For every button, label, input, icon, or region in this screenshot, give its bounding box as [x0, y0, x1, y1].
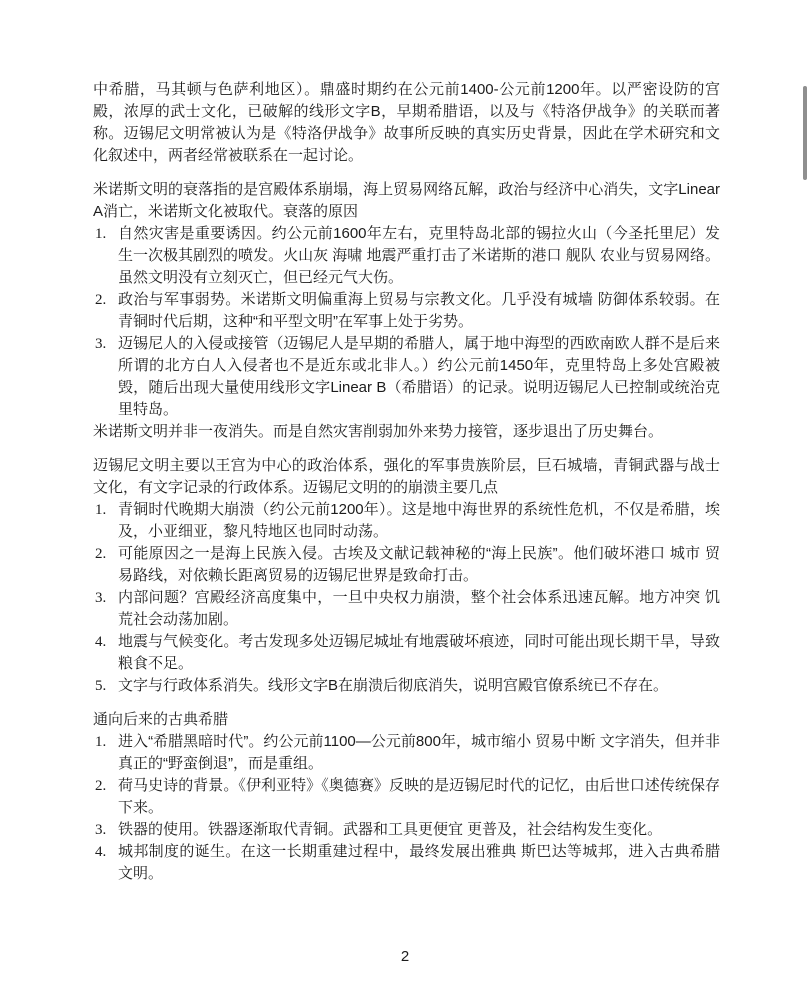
- list-item-text: 荷马史诗的背景。《伊利亚特》《奥德赛》反映的是迈锡尼时代的记忆，由后世口述传统保…: [118, 777, 720, 816]
- section-mycenaean-collapse: 迈锡尼文明主要以王宫为中心的政治体系，强化的军事贵族阶层，巨石城墙，青铜武器与战…: [93, 455, 720, 697]
- list-item-text: 文字与行政体系消失。线形文字B在崩溃后彻底消失，说明宫殿官僚系统已不存在。: [118, 677, 668, 694]
- list-item: 5. 文字与行政体系消失。线形文字B在崩溃后彻底消失，说明宫殿官僚系统已不存在。: [93, 675, 720, 697]
- list-item-text: 政治与军事弱势。米诺斯文明偏重海上贸易与宗教文化。几乎没有城墙 防御体系较弱。在…: [118, 291, 720, 330]
- paragraph-mycenaean-intro: 中希腊，马其顿与色萨利地区）。鼎盛时期约在公元前1400-公元前1200年。以严…: [93, 79, 720, 167]
- scrollbar-thumb[interactable]: [803, 86, 807, 180]
- list-item: 1. 进入“希腊黑暗时代”。约公元前1100—公元前800年，城市缩小 贸易中断…: [93, 731, 720, 775]
- list-item-marker: 1.: [95, 731, 106, 753]
- section-intro: 米诺斯文明的衰落指的是宫殿体系崩塌，海上贸易网络瓦解，政治与经济中心消失，文字L…: [93, 179, 720, 223]
- list-item-text: 内部问题？宫殿经济高度集中，一旦中央权力崩溃，整个社会体系迅速瓦解。地方冲突 饥…: [118, 589, 720, 628]
- document-page: 中希腊，马其顿与色萨利地区）。鼎盛时期约在公元前1400-公元前1200年。以严…: [0, 0, 810, 1000]
- list-item: 4. 城邦制度的诞生。在这一长期重建过程中，最终发展出雅典 斯巴达等城邦，进入古…: [93, 841, 720, 885]
- section-closing: 米诺斯文明并非一夜消失。而是自然灾害削弱加外来势力接管，逐步退出了历史舞台。: [93, 421, 720, 443]
- list-item-marker: 2.: [95, 289, 106, 311]
- list-item: 3. 迈锡尼人的入侵或接管（迈锡尼人是早期的希腊人，属于地中海型的西欧南欧人群不…: [93, 333, 720, 421]
- list-item-marker: 3.: [95, 333, 106, 355]
- list-item-text: 铁器的使用。铁器逐渐取代青铜。武器和工具更便宜 更普及，社会结构发生变化。: [118, 821, 662, 838]
- list-item-marker: 4.: [95, 841, 106, 863]
- list-item: 3. 铁器的使用。铁器逐渐取代青铜。武器和工具更便宜 更普及，社会结构发生变化。: [93, 819, 720, 841]
- list-item: 1. 自然灾害是重要诱因。约公元前1600年左右，克里特岛北部的锡拉火山（今圣托…: [93, 223, 720, 289]
- list-item-text: 进入“希腊黑暗时代”。约公元前1100—公元前800年，城市缩小 贸易中断 文字…: [118, 733, 720, 772]
- section-classical-greece: 通向后来的古典希腊 1. 进入“希腊黑暗时代”。约公元前1100—公元前800年…: [93, 709, 720, 885]
- page-number: 2: [0, 946, 810, 968]
- list-item-marker: 3.: [95, 819, 106, 841]
- list-item-marker: 1.: [95, 499, 106, 521]
- list-item-text: 城邦制度的诞生。在这一长期重建过程中，最终发展出雅典 斯巴达等城邦，进入古典希腊…: [118, 843, 720, 882]
- list-item-text: 地震与气候变化。考古发现多处迈锡尼城址有地震破坏痕迹，同时可能出现长期干旱，导致…: [118, 633, 720, 672]
- numbered-list: 1. 进入“希腊黑暗时代”。约公元前1100—公元前800年，城市缩小 贸易中断…: [93, 731, 720, 885]
- list-item-text: 青铜时代晚期大崩溃（约公元前1200年）。这是地中海世界的系统性危机，不仅是希腊…: [118, 501, 720, 540]
- list-item-marker: 2.: [95, 775, 106, 797]
- list-item-marker: 2.: [95, 543, 106, 565]
- list-item: 2. 政治与军事弱势。米诺斯文明偏重海上贸易与宗教文化。几乎没有城墙 防御体系较…: [93, 289, 720, 333]
- list-item-text: 可能原因之一是海上民族入侵。古埃及文献记载神秘的“海上民族”。他们破坏港口 城市…: [118, 545, 720, 584]
- numbered-list: 1. 自然灾害是重要诱因。约公元前1600年左右，克里特岛北部的锡拉火山（今圣托…: [93, 223, 720, 421]
- list-item-marker: 1.: [95, 223, 106, 245]
- list-item: 3. 内部问题？宫殿经济高度集中，一旦中央权力崩溃，整个社会体系迅速瓦解。地方冲…: [93, 587, 720, 631]
- list-item-marker: 4.: [95, 631, 106, 653]
- document-body: 中希腊，马其顿与色萨利地区）。鼎盛时期约在公元前1400-公元前1200年。以严…: [93, 79, 720, 885]
- list-item: 2. 可能原因之一是海上民族入侵。古埃及文献记载神秘的“海上民族”。他们破坏港口…: [93, 543, 720, 587]
- numbered-list: 1. 青铜时代晚期大崩溃（约公元前1200年）。这是地中海世界的系统性危机，不仅…: [93, 499, 720, 697]
- section-minoan-decline: 米诺斯文明的衰落指的是宫殿体系崩塌，海上贸易网络瓦解，政治与经济中心消失，文字L…: [93, 179, 720, 443]
- list-item: 2. 荷马史诗的背景。《伊利亚特》《奥德赛》反映的是迈锡尼时代的记忆，由后世口述…: [93, 775, 720, 819]
- list-item: 1. 青铜时代晚期大崩溃（约公元前1200年）。这是地中海世界的系统性危机，不仅…: [93, 499, 720, 543]
- section-intro: 通向后来的古典希腊: [93, 709, 720, 731]
- list-item-marker: 3.: [95, 587, 106, 609]
- list-item-text: 迈锡尼人的入侵或接管（迈锡尼人是早期的希腊人，属于地中海型的西欧南欧人群不是后来…: [118, 335, 720, 418]
- list-item-text: 自然灾害是重要诱因。约公元前1600年左右，克里特岛北部的锡拉火山（今圣托里尼）…: [118, 225, 720, 286]
- list-item: 4. 地震与气候变化。考古发现多处迈锡尼城址有地震破坏痕迹，同时可能出现长期干旱…: [93, 631, 720, 675]
- list-item-marker: 5.: [95, 675, 106, 697]
- section-intro: 迈锡尼文明主要以王宫为中心的政治体系，强化的军事贵族阶层，巨石城墙，青铜武器与战…: [93, 455, 720, 499]
